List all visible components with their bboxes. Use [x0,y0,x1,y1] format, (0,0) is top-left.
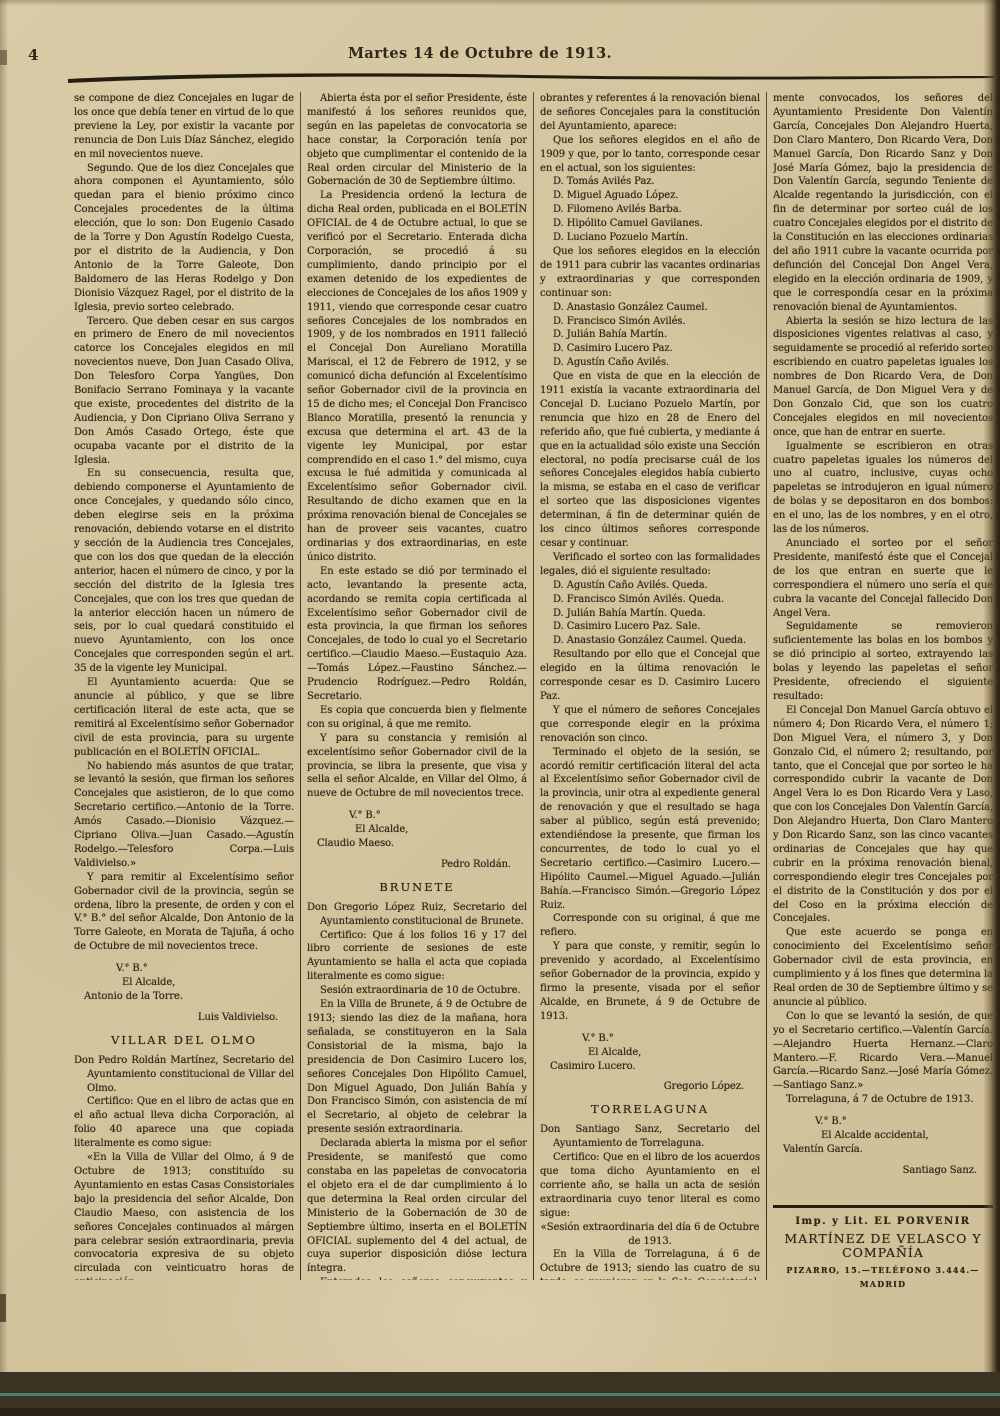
paragraph: En la Villa de Torrelaguna, á 6 de Octub… [540,1248,760,1280]
paragraph: Abierta ésta por el señor Presidente, és… [307,92,527,189]
paragraph: El Ayuntamiento acuerda: Que se anuncie … [74,676,294,759]
list-item: D. Agustín Caño Avilés. Queda. [540,579,760,593]
paragraph: Corresponde con su original, á que me re… [540,912,760,940]
paragraph: Sesión extraordinaria de 10 de Octubre. [307,984,527,998]
paragraph: Enterados los señores concurrentes y pue… [307,1276,527,1280]
paragraph: Certifico: Que en el libro de los acuerd… [540,1151,760,1221]
list-item: D. Casimiro Lucero Paz. Sale. [540,620,760,634]
paragraph: Terminado el objeto de la sesión, se aco… [540,746,760,913]
paragraph: Don Gregorio López Ruiz, Secretario del … [307,901,527,929]
signature: Luis Valdivielso. [74,1011,294,1025]
list-item: D. Julián Bahía Martín. Queda. [540,607,760,621]
header-rule [66,70,996,86]
scan-bottom-dark-strip [0,1408,1000,1416]
printer-imprint: Imp. y Lit. EL PORVENIR MARTÍNEZ DE VELA… [773,1205,993,1292]
list-item: D. Anastasio González Caumel. Queda. [540,634,760,648]
column-rule [300,92,301,1280]
paragraph: Igualmente se escribieron en otras cuatr… [773,440,993,537]
paragraph: se compone de diez Concejales en lugar d… [74,92,294,162]
paragraph: El Concejal Don Manuel García obtuvo el … [773,704,993,927]
paragraph: Y para remitir al Excelentísimo señor Go… [74,871,294,954]
column-rule [533,92,534,1280]
text-column-1: se compone de diez Concejales en lugar d… [74,92,294,1280]
visto-bueno: V.° B.° [307,809,527,823]
list-item: D. Filomeno Avilés Barba. [540,203,760,217]
visto-bueno: V.° B.° [540,1032,760,1046]
column-area: se compone de diez Concejales en lugar d… [74,92,993,1292]
signature: Claudio Maeso. [307,837,527,851]
newspaper-page: 4 Martes 14 de Octubre de 1913. se compo… [0,0,1000,1372]
signature: Valentín García. [773,1143,993,1157]
list-item: D. Julián Bahía Martín. [540,328,760,342]
column-rule [766,92,767,1280]
paragraph: Verificado el sorteo con las formalidade… [540,551,760,579]
paragraph: Es copia que concuerda bien y fielmente … [307,704,527,732]
column-blocks: mente convocados, los señores del Ayunta… [773,92,993,1183]
signature: El Alcalde, [540,1046,760,1060]
signature: Pedro Roldán. [307,858,527,872]
paragraph: Y para que conste, y remitir, según lo p… [540,940,760,1023]
signature: Casimiro Lucero. [540,1060,760,1074]
page-right-edge-shadow [983,0,1000,1372]
paragraph: Abierta la sesión se hizo lectura de las… [773,315,993,440]
paragraph: Que los señores elegidos en el año de 19… [540,134,760,176]
paragraph: Con lo que se levantó la sesión, de que … [773,1010,993,1093]
scan-teal-line [0,1393,1000,1396]
paragraph: Resultando por ello que el Concejal que … [540,648,760,704]
paragraph: Anunciado el sorteo por el señor Preside… [773,537,993,620]
paragraph: Certifico: Que en el libro de actas que … [74,1095,294,1151]
text-column-3: obrantes y referentes á la renovación bi… [540,92,760,1280]
paragraph: «En la Villa de Villar del Olmo, á 9 de … [74,1151,294,1280]
imprint-line-2: MARTÍNEZ DE VELASCO Y COMPAÑÍA [773,1232,993,1260]
paragraph: Y para su constancia y remisión al excel… [307,732,527,802]
signature: Santiago Sanz. [773,1164,993,1178]
signature: El Alcalde, [74,976,294,990]
signature: Gregorio López. [540,1080,760,1094]
edge-mark [0,1294,6,1322]
signature: El Alcalde accidental, [773,1129,993,1143]
scan-bottom-band [0,1372,1000,1416]
list-item: D. Luciano Pozuelo Martín. [540,231,760,245]
paragraph: En la Villa de Brunete, á 9 de Octubre d… [307,998,527,1137]
paragraph: Que en vista de que en la elección de 19… [540,370,760,551]
list-item: D. Casimiro Lucero Paz. [540,342,760,356]
paragraph: Don Santiago Sanz, Secretario del Ayunta… [540,1123,760,1151]
list-item: D. Francisco Simón Avilés. Queda. [540,593,760,607]
visto-bueno: V.° B.° [74,962,294,976]
paragraph: mente convocados, los señores del Ayunta… [773,92,993,315]
paragraph: Seguidamente se removieron suficientemen… [773,620,993,703]
paragraph: Tercero. Que deben cesar en sus cargos e… [74,315,294,468]
paragraph: Y que el número de señores Concejales qu… [540,704,760,746]
paragraph: En su consecuencia, resulta que, debiend… [74,467,294,676]
list-item: D. Francisco Simón Avilés. [540,315,760,329]
visto-bueno: V.° B.° [773,1115,993,1129]
signature: Antonio de la Torre. [74,990,294,1004]
paragraph: Declarada abierta la misma por el señor … [307,1137,527,1276]
page-date-header: Martes 14 de Octubre de 1913. [0,45,960,62]
imprint-line-3: PIZARRO, 15.—TELÉFONO 3.444.—MADRID [773,1264,993,1292]
paragraph: Segundo. Que de los diez Concejales que … [74,162,294,315]
paragraph: Que este acuerdo se ponga en conocimient… [773,926,993,1009]
paragraph: La Presidencia ordenó la lectura de dich… [307,189,527,564]
paragraph: Que los señores elegidos en la elección … [540,245,760,301]
list-item: D. Hipólito Camuel Gavilanes. [540,217,760,231]
text-column-2: Abierta ésta por el señor Presidente, és… [307,92,527,1280]
list-item: D. Agustín Caño Avilés. [540,356,760,370]
list-item: D. Anastasio González Caumel. [540,301,760,315]
paragraph: En este estado se dió por terminado el a… [307,565,527,704]
text-column-4: mente convocados, los señores del Ayunta… [773,92,993,1292]
section-heading: BRUNETE [307,881,527,895]
paragraph: No habiendo más asuntos de que tratar, s… [74,760,294,871]
paragraph: Don Pedro Roldán Martínez, Secretario de… [74,1054,294,1096]
section-heading: TORRELAGUNA [540,1103,760,1117]
imprint-line-1: Imp. y Lit. EL PORVENIR [773,1215,993,1229]
paragraph: Certifico: Que á los folios 16 y 17 del … [307,929,527,985]
section-heading: VILLAR DEL OLMO [74,1034,294,1048]
paragraph: obrantes y referentes á la renovación bi… [540,92,760,134]
paragraph: Torrelaguna, á 7 de Octubre de 1913. [773,1093,993,1107]
signature: El Alcalde, [307,823,527,837]
list-item: D. Tomás Avilés Paz. [540,175,760,189]
list-item: D. Miguel Aguado López. [540,189,760,203]
page-left-edge-shadow [0,0,8,1372]
paragraph: «Sesión extraordinaria del día 6 de Octu… [540,1221,760,1249]
page-top-edge-shadow [0,0,1000,6]
